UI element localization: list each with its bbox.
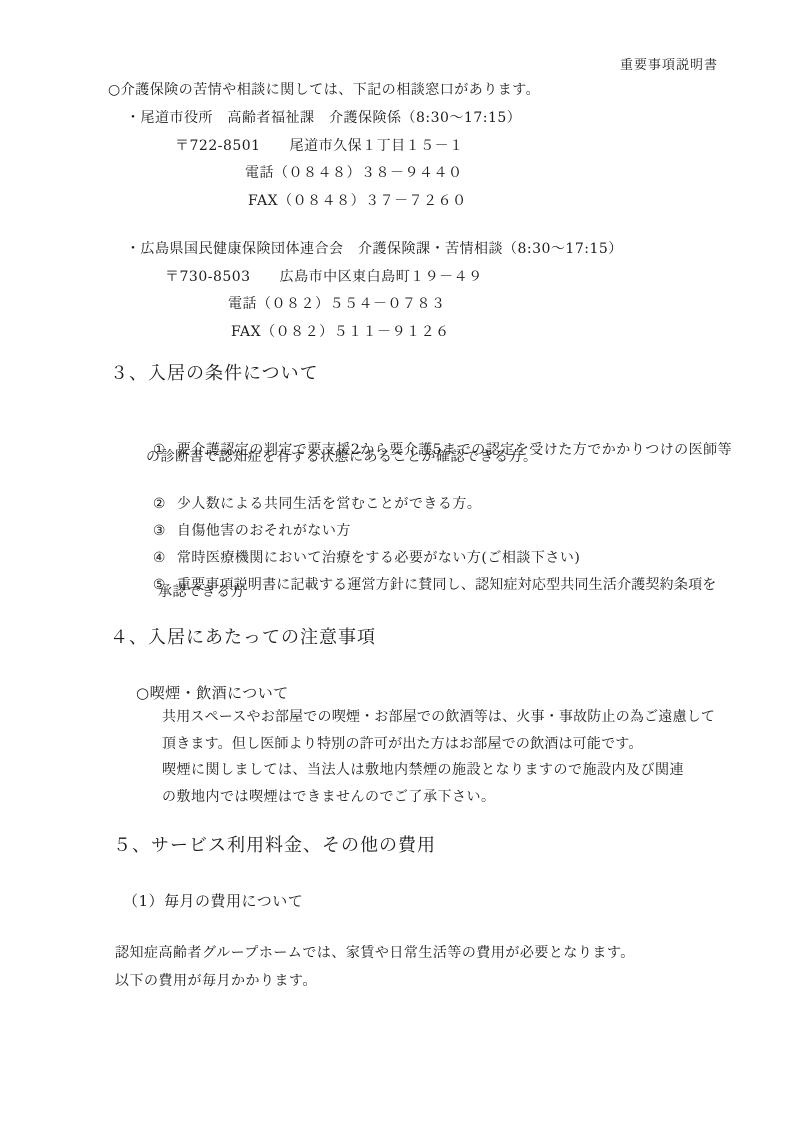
- contact-2-fax: FAX（０８２）５１１－９１２６: [231, 322, 450, 342]
- page-header-label: 重要事項説明書: [620, 56, 718, 76]
- condition-item-5-cont: 承認できる方: [158, 582, 245, 602]
- section-3-title: ３、入居の条件について: [110, 364, 319, 384]
- monthly-cost-subtitle: （1）毎月の費用について: [123, 891, 303, 911]
- section-4-title: ４、入居にあたっての注意事項: [110, 628, 376, 648]
- contact-1-tel: 電話（０８４８）３８－９４４０: [245, 163, 463, 183]
- smoking-line-2: 頂きます。但し医師より特別の許可が出た方はお部屋での飲酒は可能です。: [162, 734, 643, 754]
- document-page: 重要事項説明書 ○介護保険の苦情や相談に関しては、下記の相談窓口があります。 ・…: [0, 0, 794, 1123]
- monthly-cost-line-1: 認知症高齢者グループホームでは、家賃や日常生活等の費用が必要となります。: [115, 943, 635, 963]
- smoking-line-1: 共用スペースやお部屋での喫煙・お部屋での飲酒等は、火事・事故防止の為ご遠慮して: [162, 707, 715, 727]
- condition-item-1-cont: の診断書で認知症を有する状態にあることが確認できる方。: [146, 447, 538, 467]
- contact-1-name: ・尾道市役所 高齢者福祉課 介護保険係（8:30～17:15）: [126, 108, 521, 128]
- contact-1-fax: FAX（０８４８）３７－７２６０: [248, 191, 467, 211]
- contact-1-address: 〒722-8501 尾道市久保１丁目１５－１: [175, 136, 464, 156]
- complaints-intro: ○介護保険の苦情や相談に関しては、下記の相談窓口があります。: [108, 80, 540, 100]
- smoking-subtitle: ○喫煙・飲酒について: [136, 683, 289, 703]
- smoking-line-3: 喫煙に関しましては、当法人は敷地内禁煙の施設となりますので施設内及び関連: [162, 760, 684, 780]
- section-5-title: ５、サービス利用料金、その他の費用: [113, 836, 436, 856]
- contact-2-tel: 電話（０８２）５５４－０７８３: [228, 294, 446, 314]
- smoking-line-4: の敷地内では喫煙はできませんのでご了承下さい。: [162, 787, 496, 807]
- contact-2-address: 〒730-8503 広島市中区東白島町１９－４９: [165, 267, 483, 287]
- contact-2-name: ・広島県国民健康保険団体連合会 介護保険課・苦情相談（8:30～17:15）: [126, 239, 623, 259]
- item-text: 重要事項説明書に記載する運営方針に賛同し、認知症対応型共同生活介護契約条項を: [177, 577, 717, 593]
- monthly-cost-line-2: 以下の費用が毎月かかります。: [115, 971, 317, 991]
